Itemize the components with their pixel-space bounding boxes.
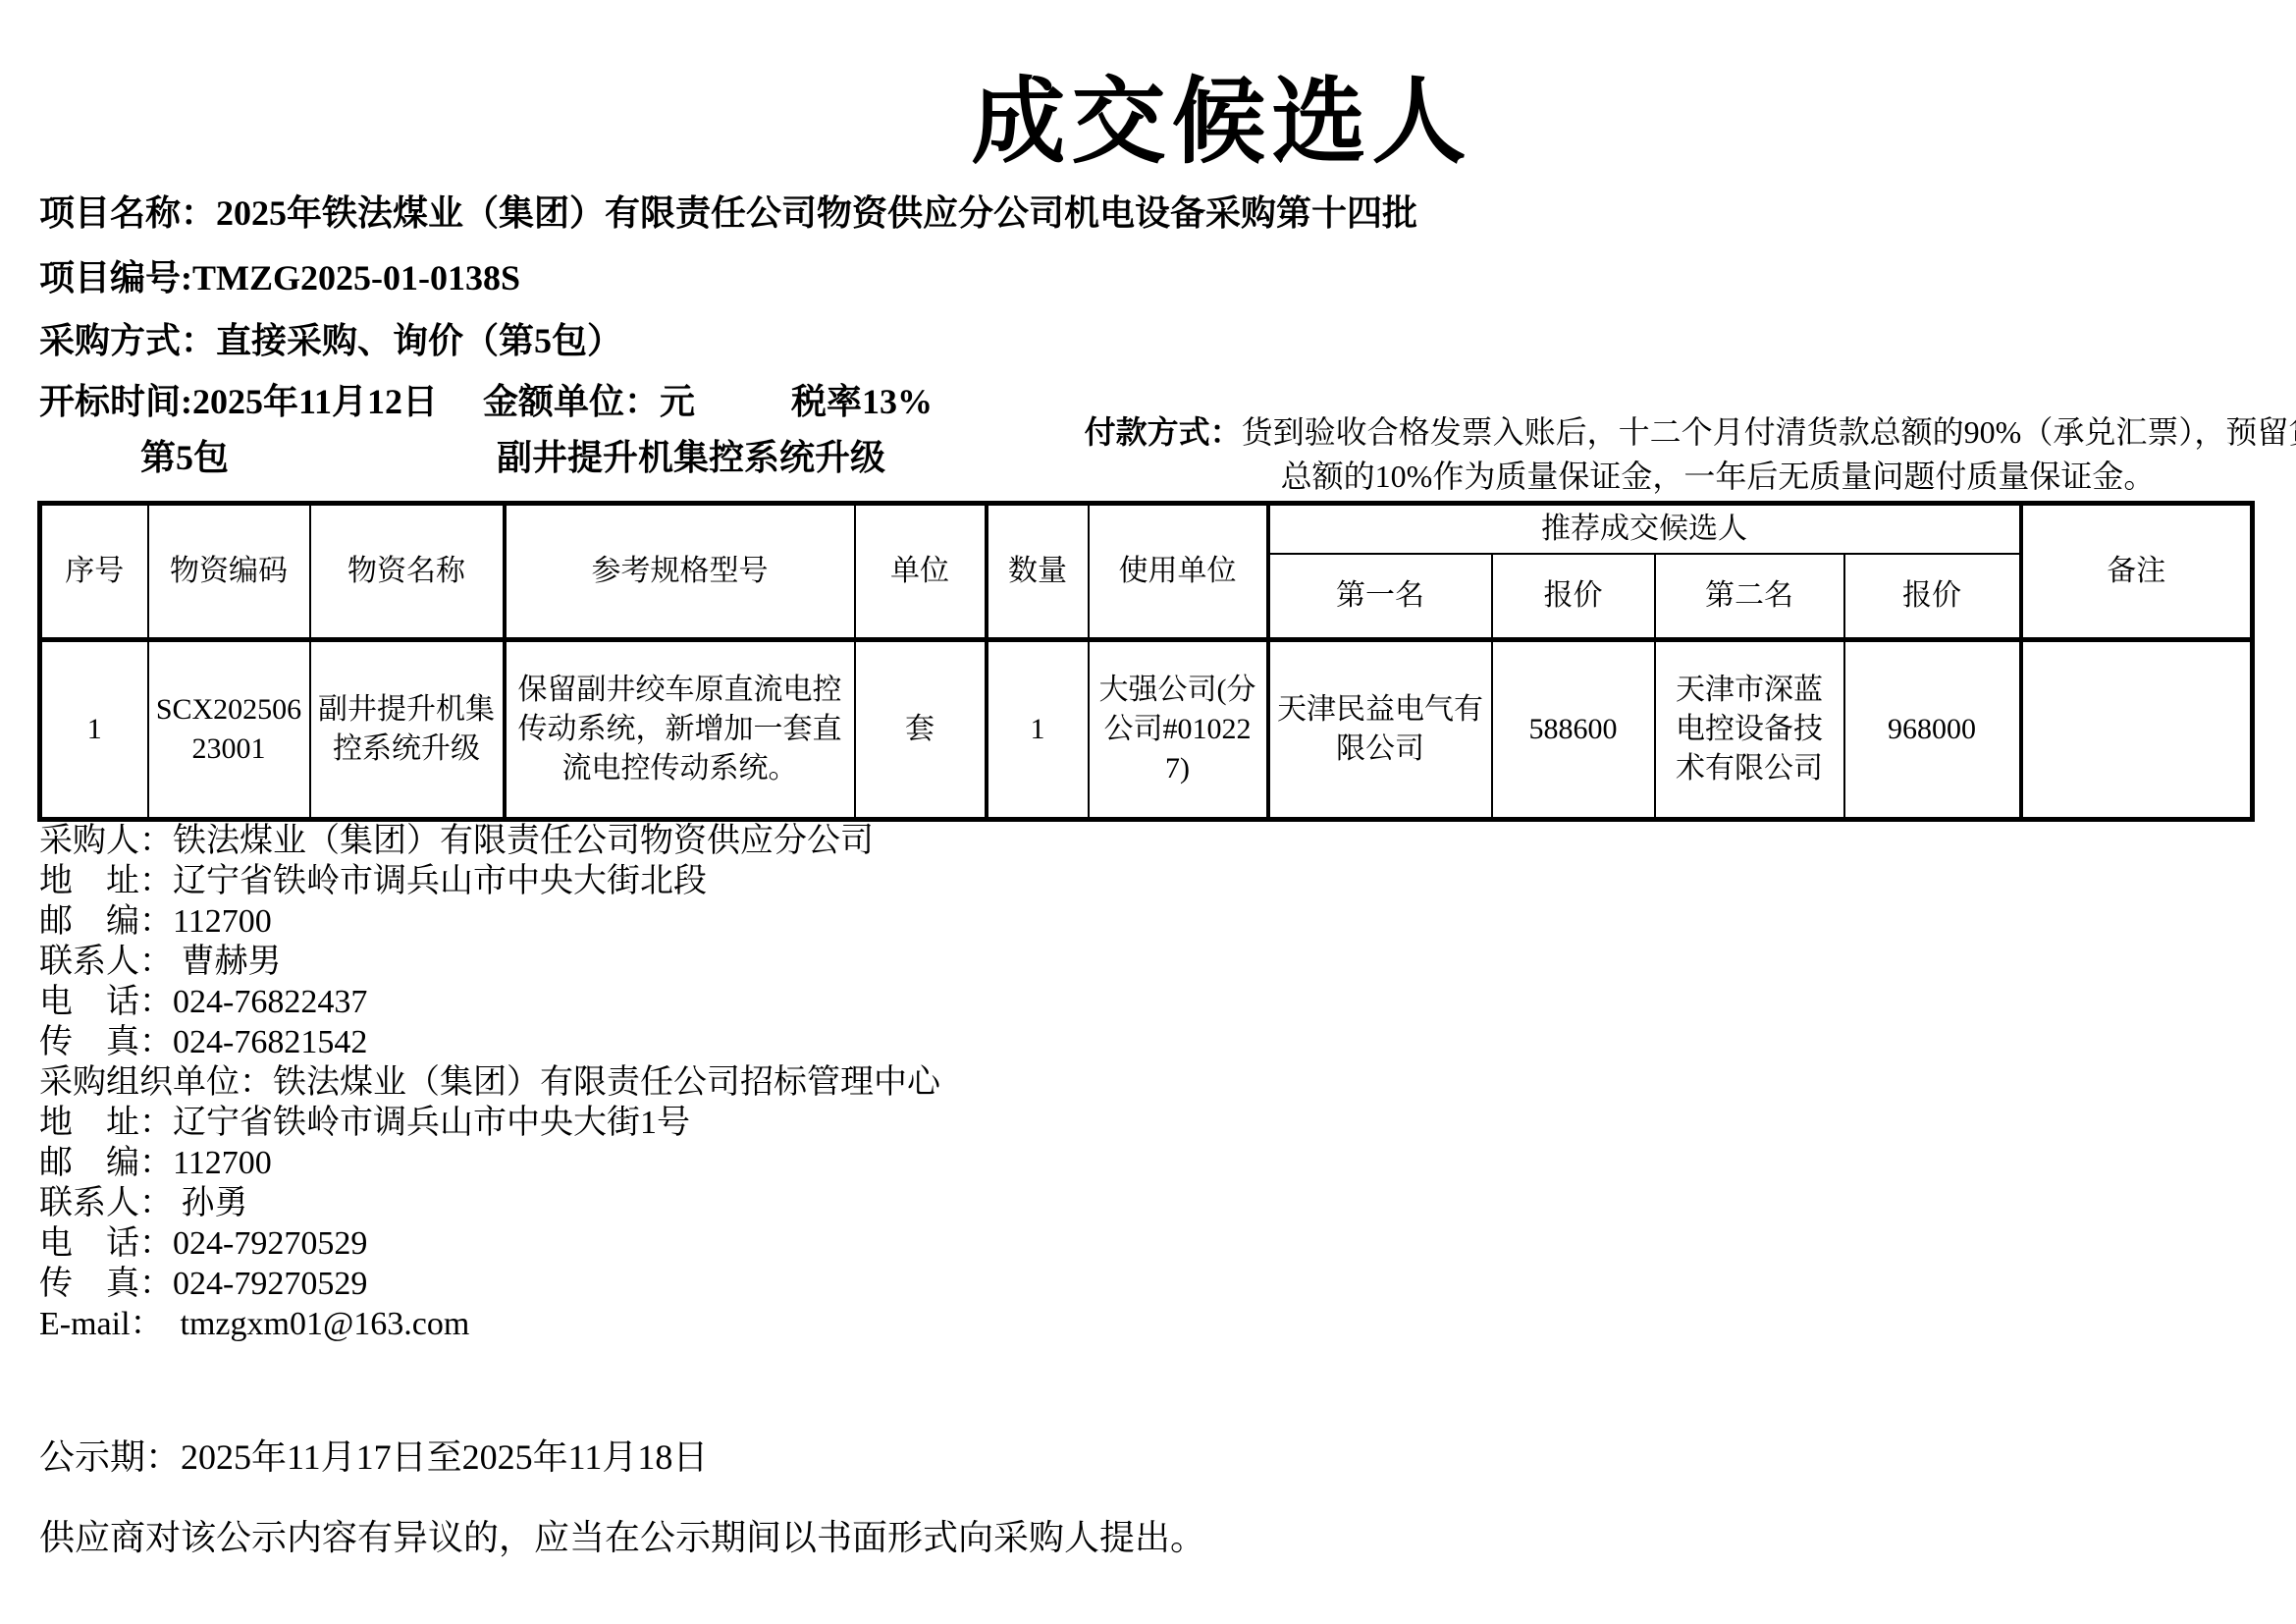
project-number-value: TMZG2025-01-0138S (192, 258, 520, 298)
buyer-fax-line: 传 真：024-76821542 (39, 1022, 940, 1062)
cell-code: SCX20250623001 (148, 640, 310, 820)
cell-name: 副井提升机集控系统升级 (310, 640, 505, 820)
cell-qty: 1 (987, 640, 1089, 820)
payment-terms: 付款方式：货到验收合格发票入账后，十二个月付清货款总额的90%（承兑汇票），预留… (1080, 410, 2296, 499)
procurement-method-line: 采购方式：直接采购、询价（第5包） (39, 313, 622, 363)
objection-notice-line: 供应商对该公示内容有异议的，应当在公示期间以书面形式向采购人提出。 (39, 1510, 1205, 1560)
col-header-user: 使用单位 (1089, 504, 1268, 640)
col-header-remark: 备注 (2021, 504, 2253, 640)
col-header-candidates: 推荐成交候选人 (1268, 504, 2021, 555)
agency-fax-line: 传 真：024-79270529 (39, 1264, 940, 1304)
col-header-price1: 报价 (1492, 554, 1655, 640)
tax-rate: 税率13% (791, 374, 933, 424)
cell-first-candidate: 天津民益电气有限公司 (1268, 640, 1492, 820)
agency-postcode-line: 邮 编：112700 (39, 1143, 940, 1183)
buyer-contact-line: 联系人： 曹赫男 (39, 942, 940, 982)
buyer-name-line: 采购人：铁法煤业（集团）有限责任公司物资供应分公司 (39, 821, 940, 861)
cell-user: 大强公司(分公司#010227) (1089, 640, 1268, 820)
col-header-name: 物资名称 (310, 504, 505, 640)
col-header-spec: 参考规格型号 (505, 504, 855, 640)
package-name: 副井提升机集控系统升级 (497, 430, 885, 480)
cell-seq: 1 (40, 640, 148, 820)
package-number: 第5包 (140, 430, 229, 480)
contact-block: 采购人：铁法煤业（集团）有限责任公司物资供应分公司 地 址：辽宁省铁岭市调兵山市… (39, 821, 940, 1344)
agency-phone-line: 电 话：024-79270529 (39, 1223, 940, 1264)
project-name-value: 2025年铁法煤业（集团）有限责任公司物资供应分公司机电设备采购第十四批 (216, 193, 1417, 233)
col-header-seq: 序号 (40, 504, 148, 640)
project-name-label: 项目名称： (39, 193, 216, 233)
amount-unit: 金额单位：元 (483, 374, 695, 424)
candidates-table: 序号 物资编码 物资名称 参考规格型号 单位 数量 使用单位 推荐成交候选人 备… (37, 501, 2255, 822)
cell-remark (2021, 640, 2253, 820)
project-name-line: 项目名称：2025年铁法煤业（集团）有限责任公司物资供应分公司机电设备采购第十四… (39, 186, 1417, 236)
project-number-line: 项目编号:TMZG2025-01-0138S (39, 250, 520, 300)
buyer-postcode-line: 邮 编：112700 (39, 901, 940, 942)
buyer-address-line: 地 址：辽宁省铁岭市调兵山市中央大街北段 (39, 861, 940, 901)
publicity-period-line: 公示期：2025年11月17日至2025年11月18日 (39, 1430, 708, 1480)
agency-name-line: 采购组织单位：铁法煤业（集团）有限责任公司招标管理中心 (39, 1062, 940, 1103)
col-header-price2: 报价 (1844, 554, 2021, 640)
payment-terms-text: 货到验收合格发票入账后，十二个月付清货款总额的90%（承兑汇票），预留货款总额的… (1242, 414, 2296, 494)
project-number-label: 项目编号: (39, 258, 192, 298)
col-header-second: 第二名 (1655, 554, 1844, 640)
open-time: 开标时间:2025年11月12日 (39, 382, 438, 421)
buyer-phone-line: 电 话：024-76822437 (39, 982, 940, 1022)
cell-spec: 保留副井绞车原直流电控传动系统，新增加一套直流电控传动系统。 (505, 640, 855, 820)
col-header-code: 物资编码 (148, 504, 310, 640)
cell-first-price: 588600 (1492, 640, 1655, 820)
cell-unit: 套 (855, 640, 987, 820)
payment-terms-label: 付款方式： (1085, 414, 1242, 450)
cell-second-candidate: 天津市深蓝电控设备技术有限公司 (1655, 640, 1844, 820)
procurement-method-value: 直接采购、询价（第5包） (216, 321, 622, 360)
agency-email-line: E-mail： tmzgxm01@163.com (39, 1304, 940, 1344)
procurement-method-label: 采购方式： (39, 321, 216, 360)
agency-contact-line: 联系人： 孙勇 (39, 1183, 940, 1223)
page-title: 成交候选人 (0, 47, 2296, 182)
col-header-qty: 数量 (987, 504, 1089, 640)
col-header-first: 第一名 (1268, 554, 1492, 640)
document-page: 成交候选人 项目名称：2025年铁法煤业（集团）有限责任公司物资供应分公司机电设… (0, 0, 2296, 1624)
col-header-unit: 单位 (855, 504, 987, 640)
table-row: 1 SCX20250623001 副井提升机集控系统升级 保留副井绞车原直流电控… (40, 640, 2253, 820)
agency-address-line: 地 址：辽宁省铁岭市调兵山市中央大街1号 (39, 1103, 940, 1143)
cell-second-price: 968000 (1844, 640, 2021, 820)
